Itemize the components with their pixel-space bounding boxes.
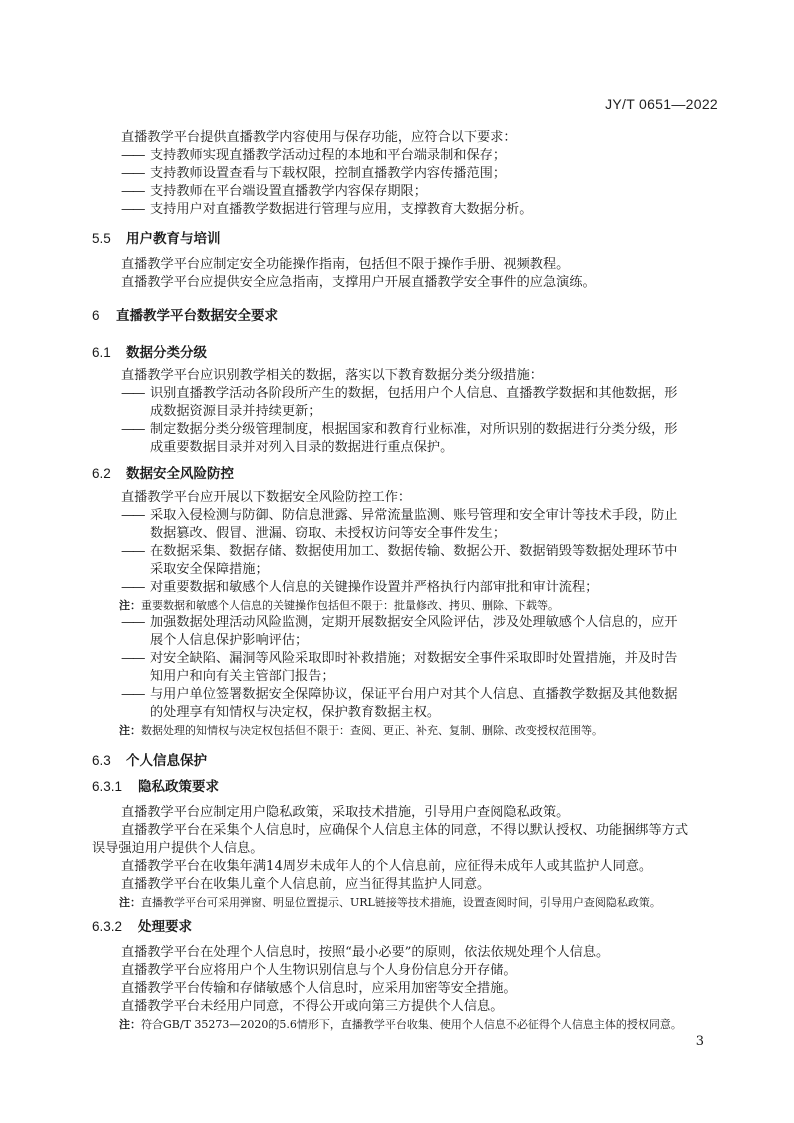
section-5-5-body: 直播教学平台应制定安全功能操作指南，包括但不限于操作手册、视频教程。 直播教学平… <box>92 256 714 292</box>
list-item-continuation: 采取安全保障措施； <box>92 561 714 579</box>
list-item-continuation: 知用户和向有关主管部门报告； <box>92 668 714 686</box>
intro-lead: 直播教学平台提供直播教学内容使用与保存功能，应符合以下要求： <box>92 129 714 147</box>
section-6-3-2-body: 直播教学平台在处理个人信息时，按照“最小必要”的原则，依法依规处理个人信息。 直… <box>92 944 714 1033</box>
paragraph: 直播教学平台在采集个人信息时，应确保个人信息主体的同意，不得以默认授权、功能捆绑… <box>92 822 714 840</box>
list-item: ——与用户单位签署数据安全保障协议，保证平台用户对其个人信息、直播教学数据及其他… <box>92 686 714 704</box>
paragraph: 直播教学平台应识别教学相关的数据，落实以下教育数据分类分级措施： <box>92 367 714 385</box>
section-6-3-1: 6.3.1隐私政策要求 <box>92 778 714 796</box>
note: 注：数据处理的知情权与决定权包括但不限于：查阅、更正、补充、复制、删除、改变授权… <box>92 722 714 739</box>
paragraph: 直播教学平台在收集年满14周岁未成年人的个人信息前，应征得未成年人或其监护人同意… <box>92 858 714 876</box>
paragraph: 直播教学平台应开展以下数据安全风险防控工作： <box>92 489 714 507</box>
paragraph: 直播教学平台在处理个人信息时，按照“最小必要”的原则，依法依规处理个人信息。 <box>92 944 714 962</box>
list-item-continuation: 展个人信息保护影响评估； <box>92 632 714 650</box>
paragraph: 直播教学平台应制定用户隐私政策，采取技术措施，引导用户查阅隐私政策。 <box>92 804 714 822</box>
list-item: ——支持教师在平台端设置直播教学内容保存期限； <box>92 183 714 201</box>
section-6-2: 6.2数据安全风险防控 <box>92 465 714 483</box>
standard-code: JY/T 0651—2022 <box>605 96 718 112</box>
subsection-heading: 6.3.2处理要求 <box>92 918 714 936</box>
list-item: ——制定数据分类分级管理制度，根据国家和教育行业标准，对所识别的数据进行分类分级… <box>92 421 714 439</box>
chapter-heading: 6直播教学平台数据安全要求 <box>92 307 714 325</box>
list-item: ——识别直播教学活动各阶段所产生的数据，包括用户个人信息、直播教学数据和其他数据… <box>92 385 714 403</box>
section-6-3-2: 6.3.2处理要求 <box>92 918 714 936</box>
intro-section: 直播教学平台提供直播教学内容使用与保存功能，应符合以下要求： ——支持教师实现直… <box>92 129 714 219</box>
list-item-continuation: 成数据资源目录并持续更新； <box>92 403 714 421</box>
list-item: ——支持用户对直播教学数据进行管理与应用，支撑教育大数据分析。 <box>92 201 714 219</box>
list-item-continuation: 成重要数据目录并对列入目录的数据进行重点保护。 <box>92 439 714 457</box>
section-heading: 5.5用户教育与培训 <box>92 230 714 248</box>
section-6-3: 6.3个人信息保护 <box>92 752 714 770</box>
page-number: 3 <box>696 1034 704 1049</box>
paragraph: 直播教学平台未经用户同意，不得公开或向第三方提供个人信息。 <box>92 998 714 1016</box>
section-6-1: 6.1数据分类分级 <box>92 344 714 362</box>
subsection-heading: 6.3.1隐私政策要求 <box>92 778 714 796</box>
document-page: JY/T 0651—2022 直播教学平台提供直播教学内容使用与保存功能，应符合… <box>0 0 794 1123</box>
list-item: ——加强数据处理活动风险监测，定期开展数据安全风险评估，涉及处理敏感个人信息的，… <box>92 614 714 632</box>
list-item: ——在数据采集、数据存储、数据使用加工、数据传输、数据公开、数据销毁等数据处理环… <box>92 543 714 561</box>
section-heading: 6.2数据安全风险防控 <box>92 465 714 483</box>
list-item: ——对安全缺陷、漏洞等风险采取即时补救措施；对数据安全事件采取即时处置措施，并及… <box>92 650 714 668</box>
paragraph: 直播教学平台应制定安全功能操作指南，包括但不限于操作手册、视频教程。 <box>92 256 714 274</box>
note: 注：直播教学平台可采用弹窗、明显位置提示、URL链接等技术措施，设置查阅时间，引… <box>92 894 714 911</box>
section-6-2-body: 直播教学平台应开展以下数据安全风险防控工作： ——采取入侵检测与防御、防信息泄露… <box>92 489 714 739</box>
paragraph: 直播教学平台在收集儿童个人信息前，应当征得其监护人同意。 <box>92 876 714 894</box>
note: 注：重要数据和敏感个人信息的关键操作包括但不限于：批量修改、拷贝、删除、下载等。 <box>92 597 714 614</box>
paragraph: 直播教学平台应将用户个人生物识别信息与个人身份信息分开存储。 <box>92 962 714 980</box>
paragraph: 直播教学平台应提供安全应急指南，支撑用户开展直播教学安全事件的应急演练。 <box>92 274 714 292</box>
list-item: ——支持教师设置查看与下载权限，控制直播教学内容传播范围； <box>92 165 714 183</box>
paragraph-continuation: 误导强迫用户提供个人信息。 <box>92 840 714 858</box>
list-item: ——支持教师实现直播教学活动过程的本地和平台端录制和保存； <box>92 147 714 165</box>
list-item-continuation: 数据篡改、假冒、泄漏、窃取、未授权访问等安全事件发生； <box>92 525 714 543</box>
list-item: ——采取入侵检测与防御、防信息泄露、异常流量监测、账号管理和安全审计等技术手段，… <box>92 507 714 525</box>
note: 注：符合GB/T 35273—2020的5.6情形下，直播教学平台收集、使用个人… <box>92 1016 714 1033</box>
list-item-continuation: 的处理享有知情权与决定权，保护教育数据主权。 <box>92 704 714 722</box>
paragraph: 直播教学平台传输和存储敏感个人信息时，应采用加密等安全措施。 <box>92 980 714 998</box>
list-item: ——对重要数据和敏感个人信息的关键操作设置并严格执行内部审批和审计流程； <box>92 579 714 597</box>
section-5-5: 5.5用户教育与培训 <box>92 230 714 248</box>
section-6: 6直播教学平台数据安全要求 <box>92 307 714 325</box>
section-6-3-1-body: 直播教学平台应制定用户隐私政策，采取技术措施，引导用户查阅隐私政策。 直播教学平… <box>92 804 714 911</box>
section-heading: 6.3个人信息保护 <box>92 752 714 770</box>
section-6-1-body: 直播教学平台应识别教学相关的数据，落实以下教育数据分类分级措施： ——识别直播教… <box>92 367 714 457</box>
section-heading: 6.1数据分类分级 <box>92 344 714 362</box>
